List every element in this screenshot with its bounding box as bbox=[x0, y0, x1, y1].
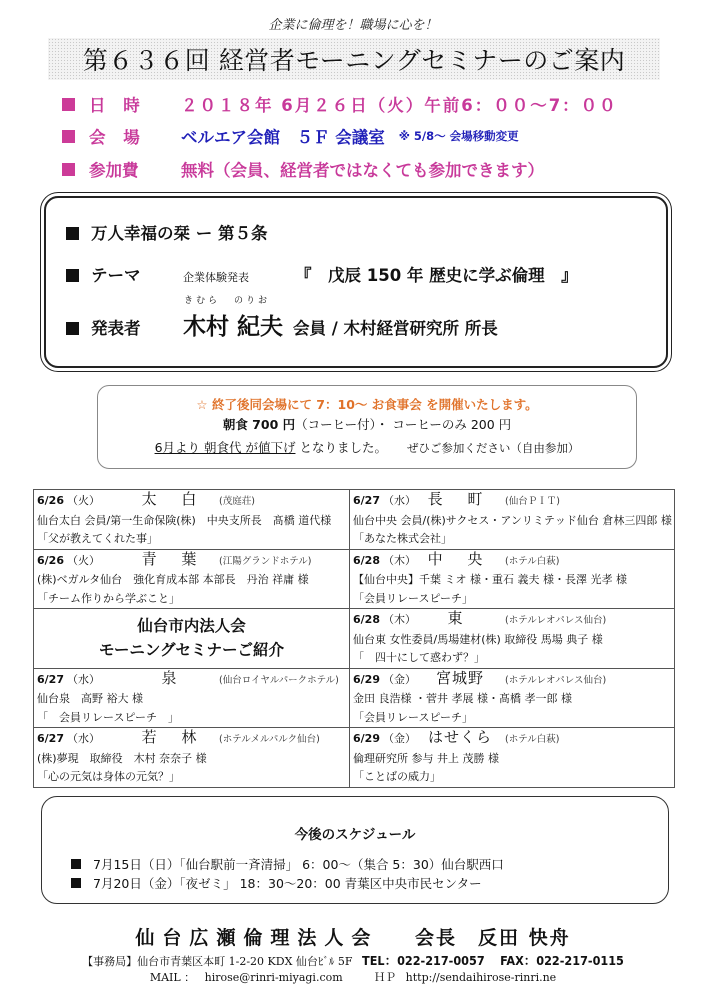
theme-label: テーマ bbox=[91, 262, 183, 286]
org-chair: 会長 反田 快舟 bbox=[415, 927, 571, 949]
fax: FAX：022-217-0115 bbox=[500, 953, 624, 968]
black-square-icon bbox=[71, 878, 81, 888]
info-datetime: 日 時 ２０１８年 6月２６日（火）午前6：００〜7：００ bbox=[62, 92, 618, 116]
page-title: 第６３６回 経営者モーニングセミナーのご案内 bbox=[83, 41, 625, 77]
upcoming-title: 今後のスケジュール bbox=[41, 823, 669, 843]
lecture-speaker: 発表者 木村 紀夫 会員 / 木村経営研究所 所長 bbox=[66, 308, 498, 341]
info-venue: 会 場 ベルエア会館 ５Ｆ 会議室 ※ 5/8〜 会場移動変更 bbox=[62, 124, 519, 148]
info-fee: 参加費 無料（会員、経営者ではなくても参加できます） bbox=[62, 157, 544, 181]
lecture-article: 万人幸福の栞 ー 第５条 bbox=[66, 220, 268, 244]
pink-square-icon bbox=[62, 163, 75, 176]
breakfast-notice: ☆ 終了後同会場にて 7：10〜 お食事会 を開催いたします。 bbox=[97, 395, 637, 413]
black-square-icon bbox=[66, 322, 79, 335]
intro-cell: 仙台市内法人会 モーニングセミナーご紹介 bbox=[34, 609, 350, 669]
speaker-name: 木村 紀夫 bbox=[183, 308, 283, 341]
table-cell: 6/26（火）太 白(茂庭荘) 仙台太白 会員/第一生命保険(株) 中央支所長 … bbox=[34, 490, 350, 550]
datetime-label: 日 時 bbox=[89, 92, 181, 116]
intro-line-2: モーニングセミナーご紹介 bbox=[34, 638, 349, 662]
table-cell: 6/29（金）はせくら(ホテル白萩) 倫理研究所 参与 井上 茂勝 様 「ことば… bbox=[350, 728, 675, 788]
speaker-affiliation: 会員 / 木村経営研究所 所長 bbox=[293, 315, 498, 339]
table-cell: 6/28（木）東(ホテルレオパレス仙台) 仙台東 女性委員/馬場建材(株) 取締… bbox=[350, 609, 675, 669]
article-text: 万人幸福の栞 ー 第５条 bbox=[91, 220, 268, 244]
mail-link[interactable]: hirose@rinri-miyagi.com bbox=[205, 971, 343, 984]
contact-line: MAIL ： hirose@rinri-miyagi.com ＨＰ http:/… bbox=[0, 969, 706, 985]
breakfast-invite: ぜひご参加ください（自由参加） bbox=[407, 441, 580, 455]
upcoming-item: 7月15日（日）「仙台駅前一斉清掃」 6：00〜（集合 5：30）仙台駅西口 bbox=[71, 855, 504, 873]
slogan: 企業に倫理を！職場に心を！ bbox=[0, 14, 706, 33]
ruby-family: きむら bbox=[184, 293, 220, 306]
black-square-icon bbox=[66, 269, 79, 282]
table-cell: 6/27（水）若 林(ホテルメルパルク仙台) (株)夢現 取締役 木村 奈奈子 … bbox=[34, 728, 350, 788]
breakfast-price-bold: 朝食 700 円 bbox=[223, 417, 295, 432]
fee-value: 無料（会員、経営者ではなくても参加できます） bbox=[181, 157, 544, 181]
table-cell: 6/27（水）泉(仙台ロイヤルパークホテル) 仙台泉 高野 裕大 様 「 会員リ… bbox=[34, 668, 350, 728]
table-cell: 6/29（金）宮城野(ホテルレオパレス仙台) 金田 良浩様 ・菅井 孝展 様・髙… bbox=[350, 668, 675, 728]
breakfast-change-underlined: 6月より 朝食代 が値下げ bbox=[155, 440, 296, 455]
datetime-value: ２０１８年 6月２６日（火）午前6：００〜7：００ bbox=[181, 92, 618, 116]
seminar-schedule-table: 6/26（火）太 白(茂庭荘) 仙台太白 会員/第一生命保険(株) 中央支所長 … bbox=[33, 489, 675, 788]
breakfast-change-rest: となりました。 bbox=[295, 440, 386, 455]
black-square-icon bbox=[66, 227, 79, 240]
ruby-given: のりお bbox=[234, 293, 270, 306]
table-cell: 6/27（水）長 町(仙台ＰＩＴ) 仙台中央 会員/(株)サクセス・アンリミテッ… bbox=[350, 490, 675, 550]
office-text: 【事務局】仙台市青葉区本町 1-2-20 KDX 仙台ﾋﾞﾙ 5F bbox=[82, 955, 352, 968]
org-name: 仙台広瀬倫理法人会 bbox=[135, 927, 378, 949]
tel: TEL：022-217-0057 bbox=[362, 953, 485, 968]
hp-label: ＨＰ bbox=[374, 971, 396, 984]
title-banner: 第６３６回 経営者モーニングセミナーのご案内 bbox=[48, 38, 660, 80]
organization: 仙台広瀬倫理法人会 会長 反田 快舟 bbox=[0, 923, 706, 950]
venue-label: 会 場 bbox=[89, 124, 181, 148]
mail-label: MAIL ： bbox=[150, 971, 195, 984]
fee-label: 参加費 bbox=[89, 157, 181, 181]
intro-line-1: 仙台市内法人会 bbox=[34, 614, 349, 638]
theme-sub: 企業体験発表 bbox=[183, 269, 295, 285]
venue-note: ※ 5/8〜 会場移動変更 bbox=[399, 128, 519, 144]
venue-value: ベルエア会館 ５Ｆ 会議室 bbox=[181, 124, 385, 148]
table-cell: 6/26（火）青 葉(江陽グランドホテル) (株)ベガルタ仙台 強化育成本部 本… bbox=[34, 549, 350, 609]
pink-square-icon bbox=[62, 130, 75, 143]
black-square-icon bbox=[71, 859, 81, 869]
pink-square-icon bbox=[62, 98, 75, 111]
breakfast-price-rest: （コーヒー付）・ コーヒーのみ 200 円 bbox=[295, 417, 511, 432]
table-cell: 6/28（木）中 央(ホテル白萩) 【仙台中央】千葉 ミオ 様・重石 義夫 様・… bbox=[350, 549, 675, 609]
speaker-label: 発表者 bbox=[91, 315, 183, 339]
theme-value: 『 戊辰 150 年 歴史に学ぶ倫理 』 bbox=[295, 262, 578, 286]
hp-link[interactable]: http://sendaihirose-rinri.ne bbox=[406, 971, 557, 984]
lecture-theme: テーマ 企業体験発表 『 戊辰 150 年 歴史に学ぶ倫理 』 bbox=[66, 262, 578, 286]
breakfast-change: 6月より 朝食代 が値下げ となりました。 ぜひご参加ください（自由参加） bbox=[97, 438, 637, 456]
upcoming-item: 7月20日（金）「夜ゼミ」 18：30〜20：00 青葉区中央市民センター bbox=[71, 874, 482, 892]
breakfast-price: 朝食 700 円（コーヒー付）・ コーヒーのみ 200 円 bbox=[97, 415, 637, 433]
office-address: 【事務局】仙台市青葉区本町 1-2-20 KDX 仙台ﾋﾞﾙ 5F TEL：02… bbox=[0, 951, 706, 969]
